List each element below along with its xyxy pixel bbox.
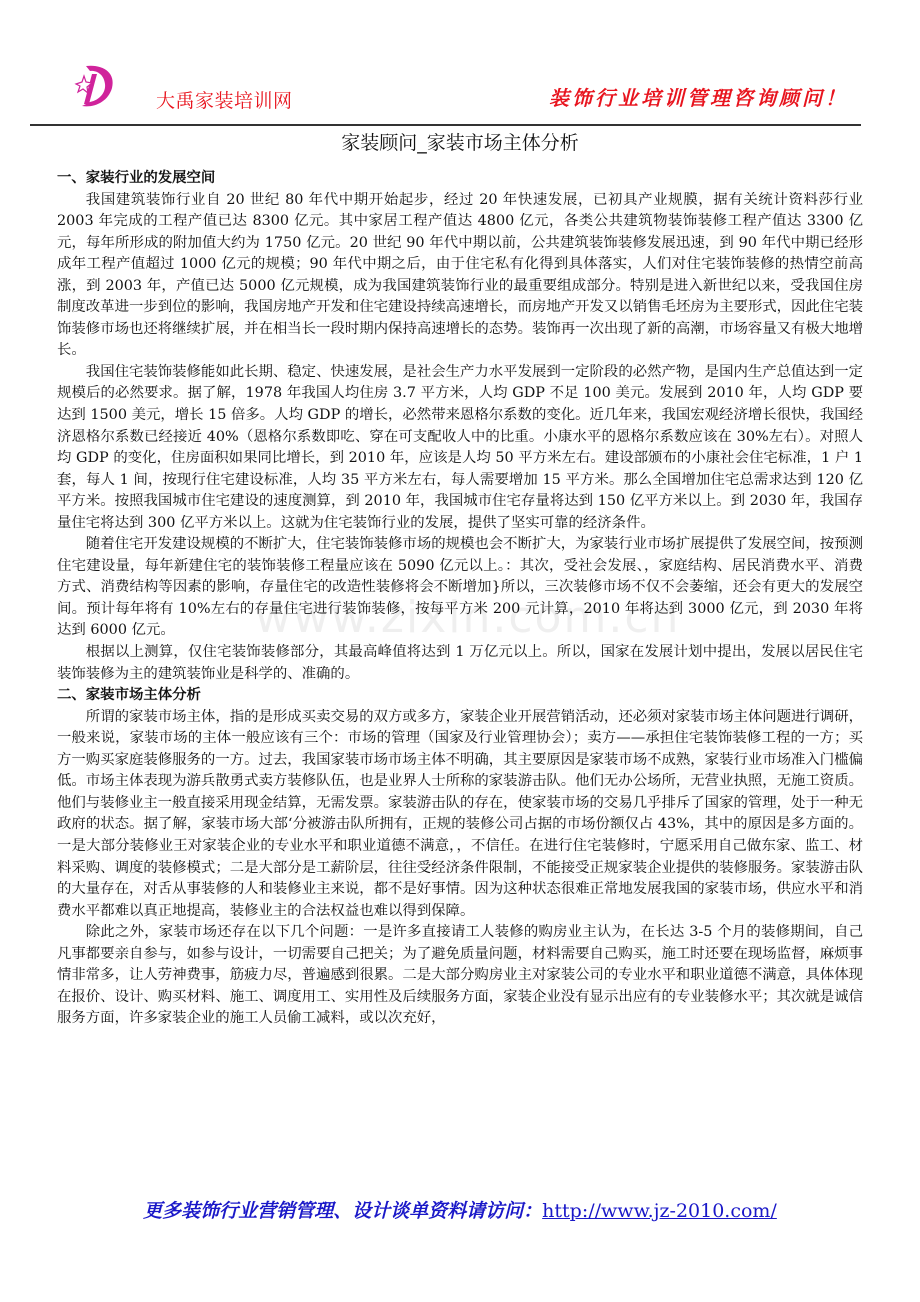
site-name: 大禹家装培训网	[156, 86, 293, 113]
paragraph: 随着住宅开发建设规模的不断扩大，住宅装饰装修市场的规模也会不断扩大，为家装行业市…	[57, 534, 863, 642]
footer-link[interactable]: http://www.jz-2010.com/	[542, 1200, 777, 1222]
header-slogan: 装饰行业培训管理咨询顾问！	[549, 82, 848, 111]
footer-text: 更多装饰行业营销管理、设计谈单资料请访问：	[143, 1200, 542, 1222]
paragraph: 除此之外，家装市场还存在以下几个问题：一是许多直接请工人装修的购房业主认为，在长…	[57, 922, 863, 1030]
paragraph: 根据以上测算，仅住宅装饰装修部分，其最高峰值将达到 1 万亿元以上。所以，国家在…	[57, 642, 863, 685]
header-divider	[30, 124, 861, 126]
page-footer: 更多装饰行业营销管理、设计谈单资料请访问：http://www.jz-2010.…	[0, 1196, 920, 1223]
paragraph: 所谓的家装市场主体，指的是形成买卖交易的双方或多方，家装企业开展营销活动，还必须…	[57, 707, 863, 922]
document-body: 一、家装行业的发展空间 我国建筑装饰行业自 20 世纪 80 年代中期开始起步，…	[57, 168, 863, 1030]
section-heading: 二、家装市场主体分析	[57, 685, 863, 707]
paragraph: 我国住宅装饰装修能如此长期、稳定、快速发展，是社会生产力水平发展到一定阶段的必然…	[57, 362, 863, 534]
page-header: 大禹家装培训网 装饰行业培训管理咨询顾问！	[60, 62, 860, 114]
document-title: 家装顾问_家装市场主体分析	[0, 128, 920, 155]
paragraph: 我国建筑装饰行业自 20 世纪 80 年代中期开始起步，经过 20 年快速发展，…	[57, 190, 863, 362]
dayu-logo-icon	[72, 62, 120, 110]
section-heading: 一、家装行业的发展空间	[57, 168, 863, 190]
